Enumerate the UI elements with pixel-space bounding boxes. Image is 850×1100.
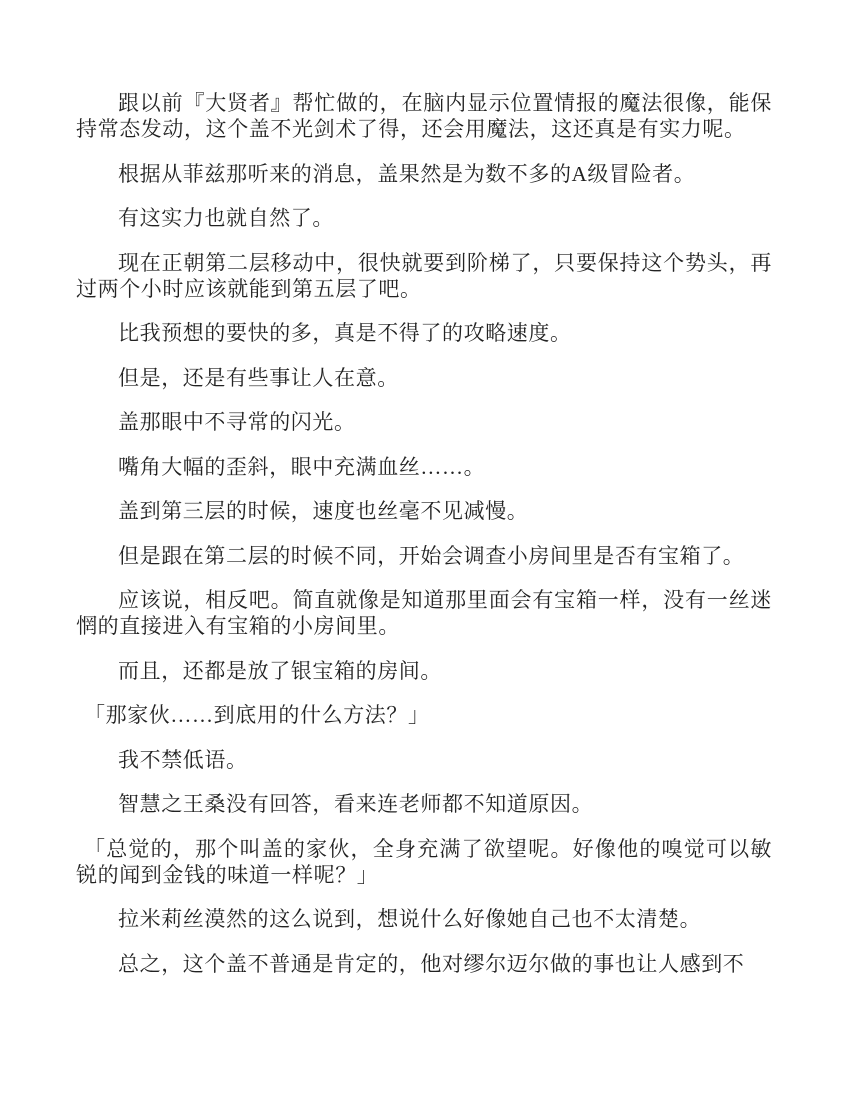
dialogue-paragraph: 「总觉的，那个叫盖的家伙，全身充满了欲望呢。好像他的嗅觉可以敏锐的闻到金钱的味道… (76, 836, 772, 888)
novel-page: 跟以前『大贤者』帮忙做的，在脑内显示位置情报的魔法很像，能保持常态发动，这个盖不… (0, 0, 850, 1100)
paragraph: 现在正朝第二层移动中，很快就要到阶梯了，只要保持这个势头，再过两个小时应该就能到… (76, 250, 772, 302)
paragraph: 总之，这个盖不普通是肯定的，他对缪尔迈尔做的事也让人感到不 (76, 951, 772, 977)
paragraph: 拉米莉丝漠然的这么说到，想说什么好像她自己也不太清楚。 (76, 906, 772, 932)
paragraph: 智慧之王桑没有回答，看来连老师都不知道原因。 (76, 791, 772, 817)
paragraph: 比我预想的要快的多，真是不得了的攻略速度。 (76, 320, 772, 346)
paragraph: 有这实力也就自然了。 (76, 205, 772, 231)
paragraph: 根据从菲兹那听来的消息，盖果然是为数不多的A级冒险者。 (76, 161, 772, 187)
paragraph: 应该说，相反吧。简直就像是知道那里面会有宝箱一样，没有一丝迷惘的直接进入有宝箱的… (76, 587, 772, 639)
paragraph: 但是，还是有些事让人在意。 (76, 365, 772, 391)
paragraph: 但是跟在第二层的时候不同，开始会调查小房间里是否有宝箱了。 (76, 543, 772, 569)
paragraph: 而且，还都是放了银宝箱的房间。 (76, 658, 772, 684)
paragraph: 嘴角大幅的歪斜，眼中充满血丝……。 (76, 454, 772, 480)
dialogue-paragraph: 「那家伙……到底用的什么方法？」 (76, 702, 772, 728)
paragraph: 我不禁低语。 (76, 747, 772, 773)
novel-text-content: 跟以前『大贤者』帮忙做的，在脑内显示位置情报的魔法很像，能保持常态发动，这个盖不… (0, 0, 850, 995)
paragraph: 盖那眼中不寻常的闪光。 (76, 409, 772, 435)
paragraph: 跟以前『大贤者』帮忙做的，在脑内显示位置情报的魔法很像，能保持常态发动，这个盖不… (76, 90, 772, 142)
paragraph: 盖到第三层的时候，速度也丝毫不见减慢。 (76, 498, 772, 524)
